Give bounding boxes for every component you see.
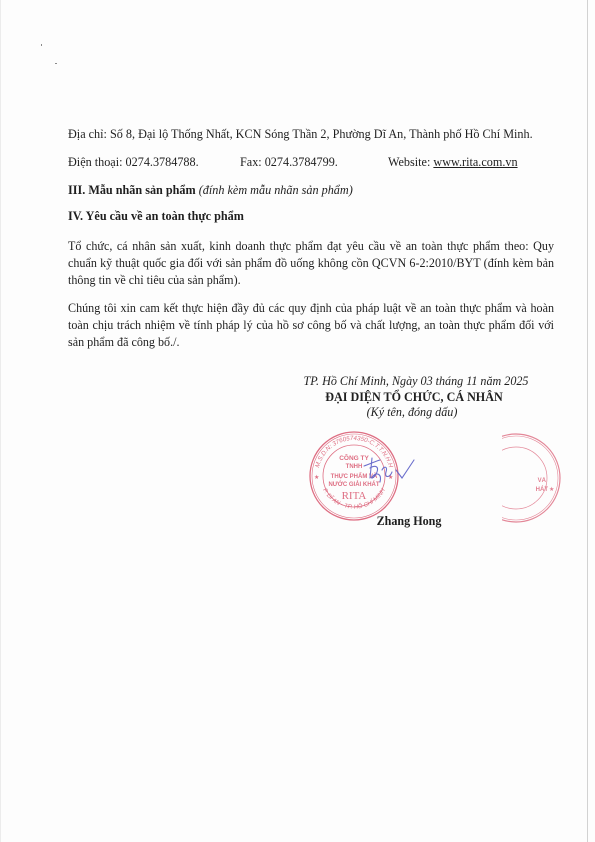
phone-text: Điện thoại: 0274.3784788.	[68, 155, 199, 169]
document-page: Địa chỉ: Số 8, Đại lộ Thống Nhất, KCN Só…	[0, 0, 595, 842]
partial-stamp: VÀ HÁT ★	[470, 432, 562, 524]
scan-speck	[41, 44, 42, 46]
page-right-edge	[587, 0, 588, 842]
section-3-note: (đính kèm mẫu nhãn sản phẩm)	[199, 183, 353, 197]
fax-text: Fax: 0274.3784799.	[240, 155, 338, 169]
section-3: III. Mẫu nhãn sản phẩm (đính kèm mẫu nhã…	[68, 183, 353, 197]
website-label: Website:	[388, 155, 433, 169]
svg-text:★: ★	[549, 486, 554, 493]
website-text: Website: www.rita.com.vn	[388, 155, 518, 169]
partial-stamp-line-3: VÀ	[538, 477, 547, 484]
signer-name: Zhang Hong	[249, 514, 569, 529]
section-4-heading: IV. Yêu cầu về an toàn thực phẩm	[68, 209, 244, 223]
address-line: Địa chỉ: Số 8, Đại lộ Thống Nhất, KCN Só…	[68, 127, 533, 141]
scan-speck	[55, 63, 57, 64]
paragraph-commitment: Chúng tôi xin cam kết thực hiện đầy đủ c…	[68, 300, 554, 351]
place-date: TP. Hồ Chí Minh, Ngày 03 tháng 11 năm 20…	[256, 374, 576, 389]
paragraph-food-safety: Tổ chức, cá nhân sản xuất, kinh doanh th…	[68, 238, 554, 289]
sign-instruction: (Ký tên, đóng dấu)	[252, 405, 572, 420]
contact-line: Điện thoại: 0274.3784788.	[68, 155, 199, 169]
handwritten-signature	[360, 452, 420, 492]
page-left-edge	[0, 0, 1, 842]
representative-title: ĐẠI DIỆN TỔ CHỨC, CÁ NHÂN	[254, 390, 574, 405]
website-link[interactable]: www.rita.com.vn	[433, 155, 517, 169]
section-3-heading: III. Mẫu nhãn sản phẩm	[68, 183, 196, 197]
svg-text:★: ★	[314, 474, 319, 481]
partial-stamp-line-4: HÁT	[536, 486, 549, 493]
